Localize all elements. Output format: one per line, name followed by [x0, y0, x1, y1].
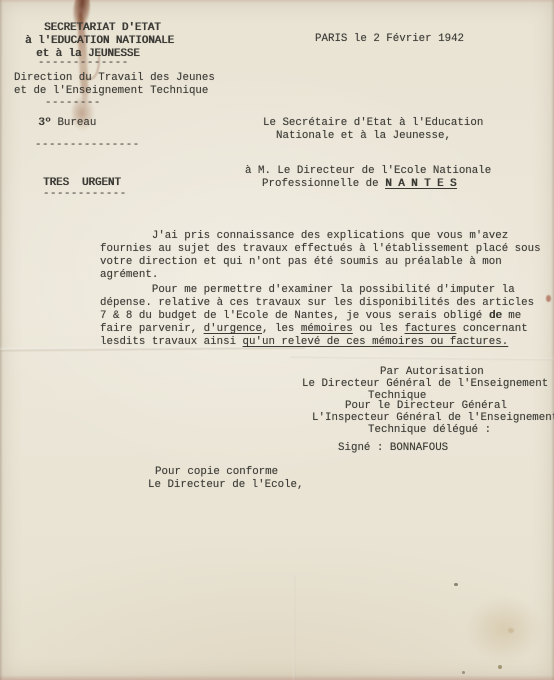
- paper-crease-vertical: [293, 575, 295, 680]
- sender-dept-line: et de l'Enseignement Technique: [14, 85, 208, 98]
- copy-certification-line: Pour copie conforme: [155, 466, 278, 479]
- recipient-line: Professionnelle de N A N T E S: [262, 178, 456, 191]
- paper-speck: [454, 583, 458, 586]
- body-text-line: dépense. relative à ces travaux sur les …: [100, 297, 534, 310]
- paper-speck: [546, 295, 551, 302]
- body-text-line: lesdits travaux ainsi qu'un relevé de ce…: [100, 336, 534, 349]
- body-text-line: 7 & 8 du budget de l'Ecole de Nantes, je…: [100, 310, 534, 323]
- bureau-label: Bureau: [51, 117, 96, 129]
- recipient-city: N A N T E S: [385, 178, 456, 190]
- body-text-line: votre direction et qui n'ont pas été sou…: [100, 256, 541, 269]
- letter-page: SECRETARIAT D'ETAT à l'EDUCATION NATIONA…: [0, 0, 554, 680]
- divider-dashes: --------: [45, 97, 101, 110]
- paper-speck: [508, 628, 514, 633]
- bureau-number: 3º: [38, 117, 51, 129]
- body-text-line: J'ai pris connaissance des explications …: [100, 230, 541, 243]
- urgency-underline: ------------: [43, 188, 127, 201]
- body-text-line: fournies au sujet des travaux effectués …: [100, 243, 541, 256]
- divider-dashes: ---------------: [35, 139, 140, 152]
- recipient-city-prefix: Professionnelle de: [262, 178, 385, 190]
- copy-certification-line: Le Directeur de l'Ecole,: [148, 479, 304, 492]
- age-smudge: [468, 598, 540, 660]
- paper-speck: [498, 665, 502, 669]
- body-text-line: agrément.: [100, 269, 541, 282]
- recipient-line: Le Secrétaire d'Etat à l'Education: [263, 117, 483, 130]
- sender-org-line: SECRETARIAT D'ETAT: [44, 22, 161, 35]
- paper-crease-right: [290, 356, 554, 361]
- recipient-line: à M. Le Directeur de l'Ecole Nationale: [245, 165, 491, 178]
- scan-edge-bottom: [0, 675, 554, 680]
- paper-speck: [462, 671, 465, 674]
- date-line: PARIS le 2 Février 1942: [315, 33, 464, 46]
- bureau-line: 3º Bureau: [38, 117, 96, 130]
- body-paragraph-1: J'ai pris connaissance des explications …: [100, 230, 541, 282]
- signature-line: Technique délégué :: [368, 424, 491, 437]
- divider-dashes: -------------: [38, 57, 129, 70]
- scan-edge-left: [0, 0, 3, 680]
- signed-by-line: Signé : BONNAFOUS: [338, 442, 448, 455]
- sender-org-line: à l'EDUCATION NATIONALE: [25, 35, 174, 48]
- body-paragraph-2: Pour me permettre d'examiner la possibil…: [100, 284, 534, 349]
- body-text-line: faire parvenir, d'urgence, les mémoires …: [100, 323, 534, 336]
- body-text-line: Pour me permettre d'examiner la possibil…: [100, 284, 534, 297]
- recipient-line: Nationale et à la Jeunesse,: [276, 130, 451, 143]
- sender-dept-line: Direction du Travail des Jeunes: [14, 72, 215, 85]
